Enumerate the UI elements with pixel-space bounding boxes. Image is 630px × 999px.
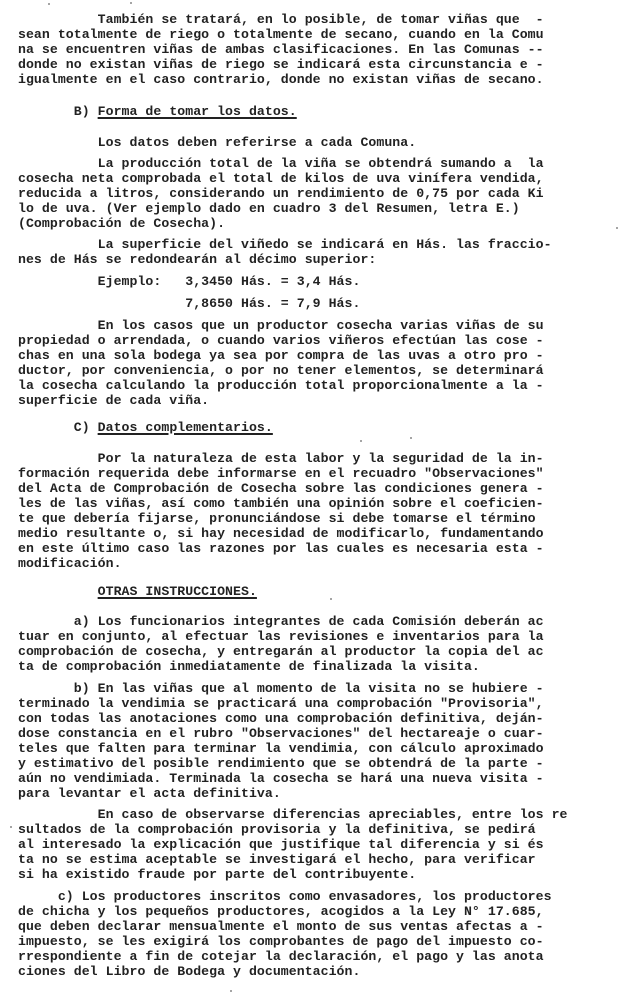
item-b-cont-line: En caso de observarse diferencias apreci…	[18, 807, 568, 822]
otras-indent	[18, 584, 98, 599]
item-c-line: ciones del Libro de Bodega y documentaci…	[18, 964, 360, 979]
section-b-line: nes de Hás se redondearán al décimo supe…	[18, 252, 376, 267]
item-c-line: de chicha y los pequeños productores, ac…	[18, 904, 544, 919]
intro-line: na se encuentren viñas de ambas clasific…	[18, 42, 544, 57]
item-b-line: con todas las anotaciones como una compr…	[18, 711, 544, 726]
section-b-line: En los casos que un productor cosecha va…	[18, 318, 544, 333]
item-b-line: y estimativo del posible rendimiento que…	[18, 756, 544, 771]
scan-speck	[410, 437, 412, 439]
example-line: Ejemplo: 3,3450 Hás. = 3,4 Hás.	[18, 274, 360, 289]
section-b-marker: B)	[18, 104, 98, 119]
item-a-line: ta de comprobación inmediatamente de fin…	[18, 659, 480, 674]
section-c-title: Datos complementarios.	[98, 420, 273, 435]
section-c-line: del Acta de Comprobación de Cosecha sobr…	[18, 481, 544, 496]
section-c-line: les de las viñas, así como también una o…	[18, 496, 544, 511]
section-b-line: (Comprobación de Cosecha).	[18, 216, 225, 231]
intro-line: donde no existan viñas de riego se indic…	[18, 57, 544, 72]
item-c-line: que deben declarar mensualmente el monto…	[18, 919, 544, 934]
intro-line: igualmente en el caso contrario, donde n…	[18, 72, 544, 87]
item-b-cont-line: si ha existido fraude por parte del cont…	[18, 867, 416, 882]
example-line: 7,8650 Hás. = 7,9 Hás.	[18, 296, 360, 311]
section-c-line: Por la naturaleza de esta labor y la seg…	[18, 451, 544, 466]
section-b-line: superficie de cada viña.	[18, 393, 209, 408]
section-b-line: lo de uva. (Ver ejemplo dado en cuadro 3…	[18, 201, 520, 216]
section-c-line: formación requerida debe informarse en e…	[18, 466, 544, 481]
item-b-line: para levantar el acta definitiva.	[18, 786, 281, 801]
section-c-line: medio resultante o, si hay necesidad de …	[18, 526, 544, 541]
section-c-line: modificación.	[18, 556, 122, 571]
item-c-line: impuesto, se les exigirá los comprobante…	[18, 934, 544, 949]
item-c-line: c) Los productores inscritos como envasa…	[18, 889, 552, 904]
intro-line: sean totalmente de riego o totalmente de…	[18, 27, 544, 42]
scan-speck	[330, 598, 332, 600]
section-b-line: La producción total de la viña se obtend…	[18, 156, 544, 171]
typewritten-page: También se tratará, en lo posible, de to…	[0, 0, 630, 999]
section-b-line: reducida a litros, considerando un rendi…	[18, 186, 544, 201]
scan-speck	[230, 990, 232, 992]
section-b-heading: B) Forma de tomar los datos.	[18, 104, 297, 119]
intro-line: También se tratará, en lo posible, de to…	[18, 12, 544, 27]
item-b-cont-line: sultados de la comprobación provisoria y…	[18, 822, 536, 837]
section-b-line: La superficie del viñedo se indicará en …	[18, 237, 552, 252]
item-b-line: dose constancia en el rubro "Observacion…	[18, 726, 544, 741]
otras-instrucciones-title: OTRAS INSTRUCCIONES.	[98, 584, 257, 599]
section-c-marker: C)	[18, 420, 98, 435]
scan-speck	[616, 227, 618, 229]
section-b-line: Los datos deben referirse a cada Comuna.	[18, 135, 416, 150]
item-b-line: teles que falten para terminar la vendim…	[18, 741, 544, 756]
item-b-line: terminado la vendimia se practicará una …	[18, 696, 544, 711]
otras-instrucciones-heading: OTRAS INSTRUCCIONES.	[18, 584, 257, 599]
scan-speck	[48, 3, 50, 5]
section-b-line: la cosecha calculando la producción tota…	[18, 378, 544, 393]
item-b-line: aún no vendimiada. Terminada la cosecha …	[18, 771, 544, 786]
section-b-title: Forma de tomar los datos.	[98, 104, 297, 119]
item-b-cont-line: al interesado la explicación que justifi…	[18, 837, 544, 852]
item-a-line: a) Los funcionarios integrantes de cada …	[18, 614, 544, 629]
section-c-line: en este último caso las razones por las …	[18, 541, 544, 556]
item-b-cont-line: ta no se estima aceptable se investigará…	[18, 852, 536, 867]
item-b-line: b) En las viñas que al momento de la vis…	[18, 681, 544, 696]
section-b-line: chas en una sola bodega ya sea por compr…	[18, 348, 544, 363]
section-b-line: propiedad o arrendada, o cuando varios v…	[18, 333, 544, 348]
scan-speck	[130, 2, 132, 4]
section-c-line: te que debería fijarse, pronunciándose s…	[18, 511, 536, 526]
section-b-line: cosecha neta comprobada el total de kilo…	[18, 171, 544, 186]
item-a-line: comprobación de cosecha, y entregarán al…	[18, 644, 544, 659]
section-b-line: ductor, por conveniencia, o por no tener…	[18, 363, 544, 378]
item-a-line: tuar en conjunto, al efectuar las revisi…	[18, 629, 544, 644]
section-c-heading: C) Datos complementarios.	[18, 420, 273, 435]
scan-speck	[360, 440, 362, 442]
item-c-line: rrespondiente a fin de cotejar la declar…	[18, 949, 544, 964]
scan-speck	[10, 826, 12, 828]
